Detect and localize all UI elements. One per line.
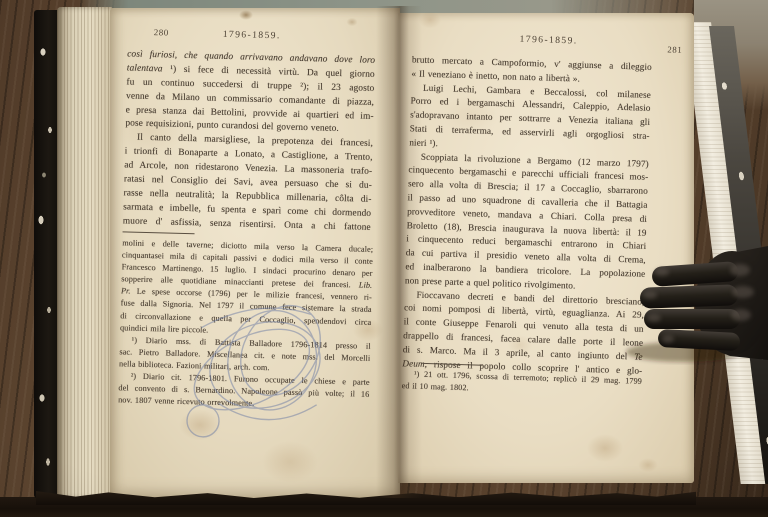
photo-of-open-book: 280 1796-1859. così furiosi, che quando … bbox=[0, 0, 768, 517]
left-page-number: 280 bbox=[154, 27, 169, 37]
left-page-body-text: così furiosi, che quando arrivavano anda… bbox=[123, 48, 376, 235]
right-page-content: 1796-1859. 281 brutto mercato a Campofor… bbox=[391, 13, 702, 492]
right-page-header: 1796-1859. 281 bbox=[412, 30, 684, 53]
right-running-header: 1796-1859. bbox=[412, 30, 684, 50]
page-stack-left-fore-edge bbox=[57, 7, 112, 499]
right-page-body-text: brutto mercato a Campoformio, v' aggiuns… bbox=[402, 53, 652, 378]
left-page-content: 280 1796-1859. così furiosi, che quando … bbox=[104, 8, 407, 505]
left-footnote-rule bbox=[123, 231, 195, 234]
left-page-header: 280 1796-1859. bbox=[128, 26, 376, 46]
left-page-footnotes: molini e delle taverne; diciotto mila ve… bbox=[118, 237, 373, 413]
right-page-number: 281 bbox=[667, 44, 682, 54]
